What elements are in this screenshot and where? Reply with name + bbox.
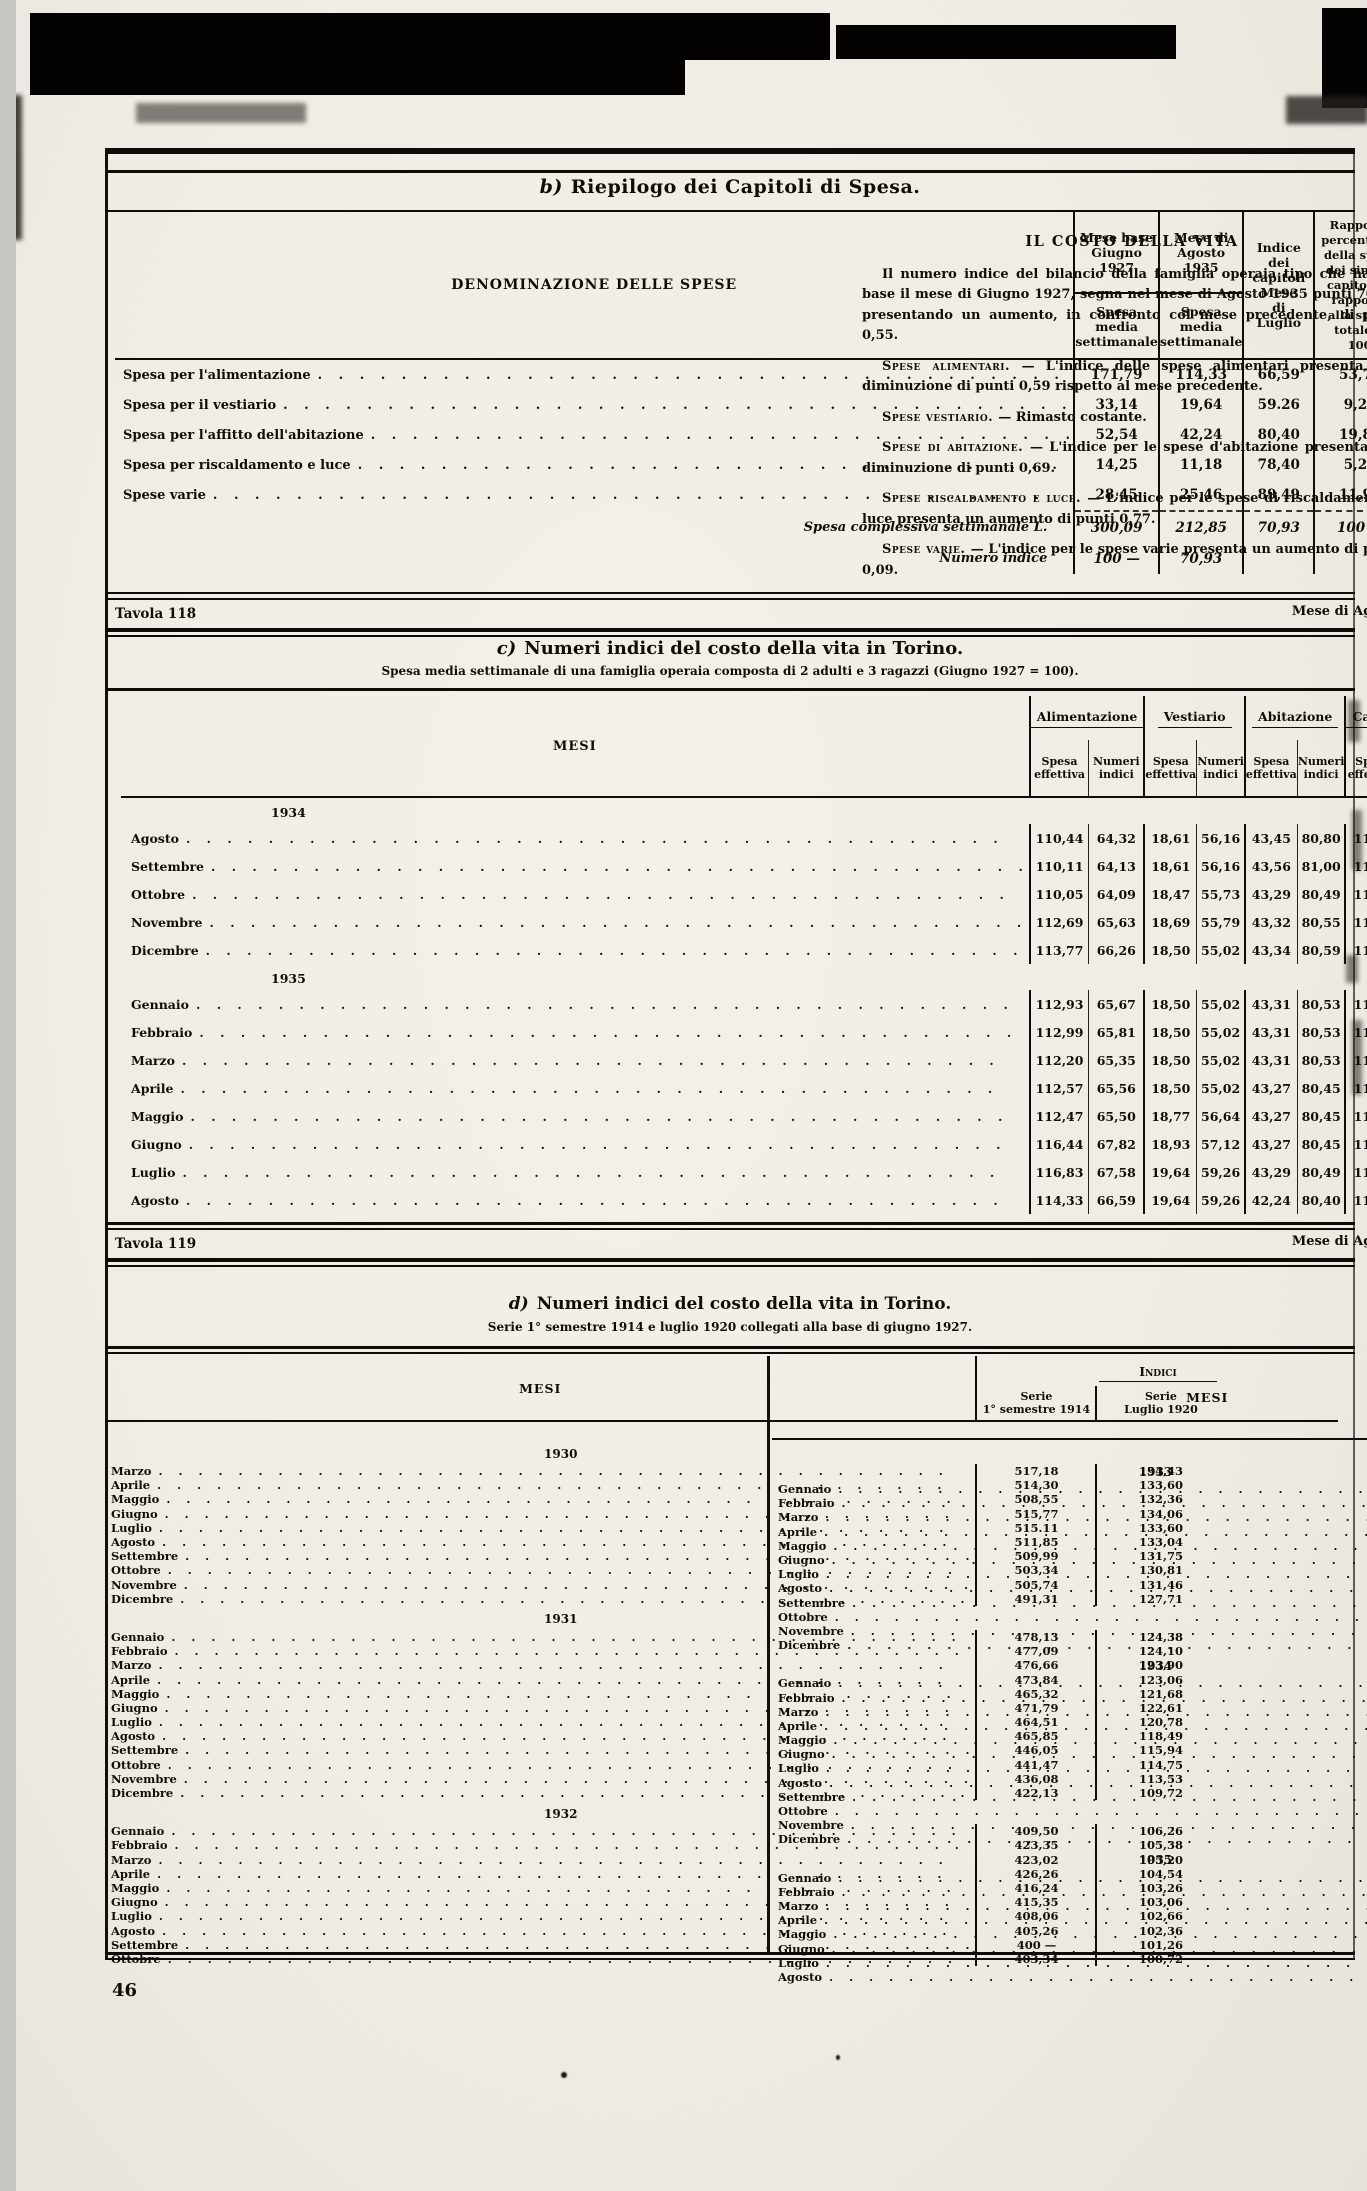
- article-paragraph-lead: Spese di abitazione.: [882, 440, 1030, 455]
- index-value: 81,00: [1297, 852, 1345, 880]
- section-c-top-rule: [105, 688, 1355, 691]
- dot-leader: . . . . . . . . . . . . . . . . . . . . …: [179, 1193, 1029, 1208]
- index-value: 112,57: [1030, 1074, 1089, 1102]
- index-value: 80,49: [1297, 880, 1345, 908]
- index-value: 116,83: [1030, 1158, 1089, 1186]
- index-value: 112,99: [1030, 1018, 1089, 1046]
- index-value: 80,45: [1297, 1130, 1345, 1158]
- series-data-row: Ottobre. . . . . . . . . . . . . . . . .…: [772, 1804, 1367, 1818]
- index-value: 110,11: [1030, 852, 1089, 880]
- index-value: 55,02: [1197, 936, 1245, 964]
- scanned-statistical-page: { "page": {"number": "46"}, "section_b":…: [0, 0, 1367, 2191]
- dot-leader: . . . . . . . . . . . . . . . . . . . . …: [828, 1804, 1367, 1818]
- dot-leader: . . . . . . . . . . . . . . . . . . . . …: [199, 943, 1029, 958]
- d-indici-header-row: MESIIndici: [772, 1356, 1367, 1386]
- month-label: Agosto: [111, 1924, 155, 1938]
- series-data-row: Luglio. . . . . . . . . . . . . . . . . …: [772, 1761, 1367, 1775]
- dot-leader: . . . . . . . . . . . . . . . . . . . . …: [189, 997, 1029, 1012]
- series-data-row: Gennaio. . . . . . . . . . . . . . . . .…: [772, 1871, 1367, 1885]
- index-value: 112,93: [1030, 990, 1089, 1018]
- month-label: Aprile: [778, 1913, 817, 1927]
- month-label: Novembre: [111, 1772, 177, 1786]
- series-data-row: Febbraio. . . . . . . . . . . . . . . . …: [772, 1690, 1367, 1704]
- index-data-row: Agosto. . . . . . . . . . . . . . . . . …: [121, 1186, 1367, 1214]
- index-value: 80,80: [1297, 824, 1345, 852]
- index-data-row: Settembre. . . . . . . . . . . . . . . .…: [121, 852, 1367, 880]
- index-data-row: Aprile. . . . . . . . . . . . . . . . . …: [121, 1074, 1367, 1102]
- month-label: Dicembre: [778, 1832, 840, 1846]
- article-intro: Il numero indice del bilancio della fami…: [862, 265, 1367, 347]
- index-value: 55,79: [1197, 908, 1245, 936]
- tavola-118-rule-thin: [105, 635, 1355, 637]
- month-label: Settembre: [111, 1743, 178, 1757]
- dot-leader: . . . . . . . . . . . . . . . . . . . . …: [185, 887, 1029, 902]
- index-data-row: Marzo. . . . . . . . . . . . . . . . . .…: [121, 1046, 1367, 1074]
- index-value: 65,63: [1089, 908, 1145, 936]
- year-label: 1930: [544, 1447, 577, 1461]
- series-data-row: Giugno. . . . . . . . . . . . . . . . . …: [772, 1747, 1367, 1761]
- index-value: 11,07: [1345, 1074, 1367, 1102]
- index-value: 18,50: [1144, 1074, 1196, 1102]
- index-value: 11,07: [1345, 936, 1367, 964]
- series-data-row: Febbraio. . . . . . . . . . . . . . . . …: [772, 1885, 1367, 1899]
- tavola-118-label: Tavola 118: [115, 606, 196, 622]
- section-c-title-prefix: c): [497, 638, 516, 659]
- month-label: Agosto: [131, 831, 179, 846]
- dot-leader: . . . . . . . . . . . . . . . . . . . . …: [826, 1733, 1367, 1747]
- month-label: Giugno: [131, 1137, 182, 1152]
- index-value: 80,59: [1297, 936, 1345, 964]
- month-label: Aprile: [778, 1525, 817, 1539]
- tavola-118-rule-heavy: [105, 628, 1355, 632]
- index-value: 65,67: [1089, 990, 1145, 1018]
- index-value: 43,29: [1245, 1158, 1297, 1186]
- dot-leader: . . . . . . . . . . . . . . . . . . . . …: [822, 1581, 1367, 1595]
- index-value: 67,58: [1089, 1158, 1145, 1186]
- dot-leader: . . . . . . . . . . . . . . . . . . . . …: [819, 1761, 1367, 1775]
- scan-content: b)Riepilogo dei Capitoli di Spesa. DENOM…: [16, 0, 1367, 2191]
- series-data-row: Febbraio. . . . . . . . . . . . . . . . …: [772, 1496, 1367, 1510]
- index-value: 43,27: [1245, 1074, 1297, 1102]
- index-value: 43,56: [1245, 852, 1297, 880]
- dot-leader: . . . . . . . . . . . . . . . . . . . . …: [831, 1482, 1367, 1496]
- section-d-top-rule-2: [105, 1352, 1355, 1354]
- index-value: 18,50: [1144, 1018, 1196, 1046]
- month-label: Dicembre: [778, 1638, 840, 1652]
- index-data-row: Febbraio. . . . . . . . . . . . . . . . …: [121, 1018, 1367, 1046]
- tavola-119-label: Tavola 119: [115, 1236, 196, 1252]
- series-data-row: Novembre. . . . . . . . . . . . . . . . …: [772, 1818, 1367, 1832]
- dot-leader: . . . . . . . . . . . . . . . . . . . . …: [845, 1596, 1367, 1610]
- month-label: Dicembre: [111, 1592, 173, 1606]
- index-value: 18,93: [1144, 1130, 1196, 1158]
- dot-leader: . . . . . . . . . . . . . . . . . . . . …: [825, 1553, 1367, 1567]
- index-value: 11,18: [1345, 852, 1367, 880]
- dot-leader: . . . . . . . . . . . . . . . . . . . . …: [844, 1624, 1367, 1638]
- index-value: 11,18: [1345, 1186, 1367, 1214]
- month-label: Marzo: [131, 1053, 175, 1068]
- index-value: 11,18: [1345, 908, 1367, 936]
- month-label: Gennaio: [778, 1871, 831, 1885]
- dot-leader: . . . . . . . . . . . . . . . . . . . . …: [834, 1885, 1367, 1899]
- series-data-row: Novembre. . . . . . . . . . . . . . . . …: [772, 1624, 1367, 1638]
- month-label: Giugno: [111, 1895, 158, 1909]
- index-value: 67,82: [1089, 1130, 1145, 1158]
- index-value: 65,56: [1089, 1074, 1145, 1102]
- month-label: Giugno: [111, 1701, 158, 1715]
- series-data-row: Dicembre. . . . . . . . . . . . . . . . …: [772, 1638, 1367, 1652]
- month-label: Settembre: [778, 1790, 845, 1804]
- index-value: 11,18: [1345, 880, 1367, 908]
- section-b-title: b)Riepilogo dei Capitoli di Spesa.: [105, 176, 1355, 198]
- month-label: Agosto: [111, 1535, 155, 1549]
- index-value: 43,31: [1245, 1018, 1297, 1046]
- index-value: 11,07: [1345, 1130, 1367, 1158]
- index-value: 43,29: [1245, 880, 1297, 908]
- month-label: Aprile: [111, 1867, 150, 1881]
- series-data-row: Aprile. . . . . . . . . . . . . . . . . …: [772, 1719, 1367, 1733]
- dot-leader: . . . . . . . . . . . . . . . . . . . . …: [831, 1871, 1367, 1885]
- index-value: 59,26: [1197, 1158, 1245, 1186]
- page-number: 46: [112, 1980, 137, 2001]
- month-label: Gennaio: [778, 1482, 831, 1496]
- group-header: Vestiario: [1144, 696, 1245, 740]
- index-value: 11,07: [1345, 1046, 1367, 1074]
- index-value: 11,07: [1345, 1018, 1367, 1046]
- month-label: Maggio: [778, 1539, 826, 1553]
- article-paragraph: Spese riscaldamento e luce. — L'indice p…: [862, 489, 1367, 530]
- index-value: 19,64: [1144, 1158, 1196, 1186]
- series-data-row: Settembre. . . . . . . . . . . . . . . .…: [772, 1790, 1367, 1804]
- month-label: Giugno: [778, 1553, 825, 1567]
- section-c-bottom-rule-2: [105, 1228, 1355, 1230]
- index-value: 64,09: [1089, 880, 1145, 908]
- month-label: Aprile: [131, 1081, 173, 1096]
- group-header: Abitazione: [1245, 696, 1346, 740]
- section-d-top-rule-1: [105, 1346, 1355, 1349]
- section-d-subtitle: Serie 1° semestre 1914 e luglio 1920 col…: [105, 1320, 1355, 1334]
- index-value: 43,45: [1245, 824, 1297, 852]
- dot-leader: . . . . . . . . . . . . . . . . . . . . …: [182, 1137, 1029, 1152]
- index-value: 11,07: [1345, 1102, 1367, 1130]
- spese-row-label: Spese varie: [123, 488, 206, 503]
- month-label: Luglio: [111, 1909, 152, 1923]
- index-value: 19,64: [1144, 1186, 1196, 1214]
- year-label: 1935: [1139, 1853, 1172, 1867]
- month-label: Novembre: [778, 1624, 844, 1638]
- dot-leader: . . . . . . . . . . . . . . . . . . . . …: [817, 1719, 1367, 1733]
- index-value: 43,32: [1245, 908, 1297, 936]
- month-label: Febbraio: [131, 1025, 192, 1040]
- tavola-119-rule-thin: [105, 1265, 1355, 1267]
- dot-leader: . . . . . . . . . . . . . . . . . . . . …: [826, 1927, 1367, 1941]
- index-value: 18,77: [1144, 1102, 1196, 1130]
- index-value: 66,59: [1089, 1186, 1145, 1214]
- month-label: Marzo: [778, 1510, 818, 1524]
- index-value: 80,49: [1297, 1158, 1345, 1186]
- section-d-bottom-rule-2: [105, 1958, 1355, 1960]
- dot-leader: . . . . . . . . . . . . . . . . . . . . …: [179, 831, 1029, 846]
- article-paragraph-lead: Spese vestiario.: [882, 410, 998, 425]
- index-value: 65,50: [1089, 1102, 1145, 1130]
- year-label-row: 1934: [772, 1652, 1367, 1676]
- month-label: Agosto: [778, 1581, 822, 1595]
- dot-leader: . . . . . . . . . . . . . . . . . . . . …: [840, 1638, 1367, 1652]
- month-label: Agosto: [111, 1729, 155, 1743]
- month-label: Aprile: [111, 1478, 150, 1492]
- series-data-row: Ottobre. . . . . . . . . . . . . . . . .…: [772, 1610, 1367, 1624]
- month-label: Luglio: [111, 1521, 152, 1535]
- year-label-row: 1934: [121, 797, 1367, 824]
- month-label: Luglio: [778, 1761, 819, 1775]
- series-data-row: Aprile. . . . . . . . . . . . . . . . . …: [772, 1913, 1367, 1927]
- section-d-title-text: Numeri indici del costo della vita in To…: [537, 1294, 952, 1314]
- dot-leader: . . . . . . . . . . . . . . . . . . . . …: [818, 1899, 1367, 1913]
- section-d-title-prefix: d): [509, 1294, 529, 1314]
- scan-artifact-bar: [30, 50, 685, 95]
- index-value: 65,81: [1089, 1018, 1145, 1046]
- index-value: 80,55: [1297, 908, 1345, 936]
- index-value: 43,31: [1245, 990, 1297, 1018]
- scan-smudge: [1286, 96, 1367, 124]
- index-value: 18,69: [1144, 908, 1196, 936]
- dot-leader: . . . . . . . . . . . . . . . . . . . . …: [828, 1610, 1367, 1624]
- index-value: 113,77: [1030, 936, 1089, 964]
- frame-rule-top-thin: [105, 170, 1355, 173]
- group-header: Calore e luce: [1345, 696, 1367, 740]
- dot-leader: . . . . . . . . . . . . . . . . . . . . …: [831, 1676, 1367, 1690]
- scan-smudge: [16, 95, 22, 240]
- subcol-spesa-effettiva: Spesaeffettiva: [1030, 740, 1089, 797]
- index-value: 80,53: [1297, 1018, 1345, 1046]
- series-index-table-right: MESIIndiciSerie1° semestre 1914SerieLugl…: [772, 1356, 1367, 1984]
- year-label: 1935: [271, 971, 306, 986]
- month-label: Febbraio: [778, 1885, 834, 1899]
- month-label: Marzo: [111, 1658, 151, 1672]
- month-label: Novembre: [111, 1578, 177, 1592]
- index-value: 11,18: [1345, 824, 1367, 852]
- month-label: Febbraio: [111, 1838, 167, 1852]
- index-data-row: Agosto. . . . . . . . . . . . . . . . . …: [121, 824, 1367, 852]
- spese-row-label: Spesa per l'affitto dell'abitazione: [123, 428, 364, 443]
- dot-leader: . . . . . . . . . . . . . . . . . . . . …: [822, 1776, 1367, 1790]
- article-paragraph: Spese di abitazione. — L'indice per le s…: [862, 438, 1367, 479]
- dot-leader: . . . . . . . . . . . . . . . . . . . . …: [826, 1539, 1367, 1553]
- series-data-row: Marzo. . . . . . . . . . . . . . . . . .…: [772, 1899, 1367, 1913]
- group-header-label: Vestiario: [1158, 709, 1232, 728]
- article-paragraph-text: — Rimasto costante.: [998, 410, 1147, 425]
- subcol-numeri-indici: Numeriindici: [1197, 740, 1245, 797]
- article-paragraph: Spese vestiario. — Rimasto costante.: [862, 408, 1367, 429]
- year-label: 1933: [1139, 1465, 1172, 1479]
- month-label: Maggio: [131, 1109, 184, 1124]
- section-b-bottom-rule-1: [105, 592, 1355, 594]
- index-value: 56,16: [1197, 824, 1245, 852]
- dot-leader: . . . . . . . . . . . . . . . . . . . . …: [184, 1109, 1029, 1124]
- index-value: 11,13: [1345, 990, 1367, 1018]
- index-value: 55,73: [1197, 880, 1245, 908]
- section-d-bottom-rule-1: [105, 1952, 1355, 1955]
- index-value: 80,45: [1297, 1074, 1345, 1102]
- index-value: 116,44: [1030, 1130, 1089, 1158]
- tavola-119-rule-heavy: [105, 1258, 1355, 1262]
- spese-row-label: Spesa per riscaldamento e luce: [123, 458, 351, 473]
- index-value: 43,27: [1245, 1130, 1297, 1158]
- c-group-header-row: MESIAlimentazioneVestiarioAbitazioneCalo…: [121, 696, 1367, 740]
- year-label: 1934: [271, 805, 306, 820]
- index-value: 66,26: [1089, 936, 1145, 964]
- index-value: 18,50: [1144, 990, 1196, 1018]
- index-value: 18,47: [1144, 880, 1196, 908]
- series-data-row: Maggio. . . . . . . . . . . . . . . . . …: [772, 1927, 1367, 1941]
- group-header-label: Calore e luce: [1346, 709, 1367, 728]
- index-value: 43,31: [1245, 1046, 1297, 1074]
- index-value: 65,35: [1089, 1046, 1145, 1074]
- frame-rule-top-heavy: [105, 148, 1355, 154]
- month-label: Aprile: [111, 1673, 150, 1687]
- index-value: 59,26: [1197, 1186, 1245, 1214]
- dot-leader: . . . . . . . . . . . . . . . . . . . . …: [173, 1081, 1028, 1096]
- subcol-spesa-effettiva: Spesaeffettiva: [1345, 740, 1367, 797]
- year-label: 1934: [1139, 1659, 1172, 1673]
- index-value: 55,02: [1197, 990, 1245, 1018]
- section-c-title-text: Numeri indici del costo della vita in To…: [524, 638, 963, 659]
- series-data-row: Agosto. . . . . . . . . . . . . . . . . …: [772, 1776, 1367, 1790]
- section-b-title-prefix: b): [540, 176, 563, 198]
- index-value: 56,16: [1197, 852, 1245, 880]
- subcol-numeri-indici: Numeriindici: [1297, 740, 1345, 797]
- month-label: Aprile: [778, 1719, 817, 1733]
- index-value: 112,20: [1030, 1046, 1089, 1074]
- month-label: Marzo: [111, 1853, 151, 1867]
- index-value: 18,50: [1144, 936, 1196, 964]
- month-label: Maggio: [111, 1881, 159, 1895]
- index-value: 18,50: [1144, 1046, 1196, 1074]
- month-label: Luglio: [111, 1715, 152, 1729]
- tavola-119-right-label: Mese di Ago: [1292, 1234, 1367, 1249]
- index-data-row: Dicembre. . . . . . . . . . . . . . . . …: [121, 936, 1367, 964]
- index-value: 56,64: [1197, 1102, 1245, 1130]
- subcol-spesa-effettiva: Spesaeffettiva: [1144, 740, 1196, 797]
- month-label: Ottobre: [131, 887, 185, 902]
- scan-artifact-bar: [836, 25, 1176, 59]
- index-value: 80,45: [1297, 1102, 1345, 1130]
- index-data-row: Gennaio. . . . . . . . . . . . . . . . .…: [121, 990, 1367, 1018]
- month-label: Gennaio: [131, 997, 189, 1012]
- month-label: Settembre: [111, 1549, 178, 1563]
- index-value: 80,40: [1297, 1186, 1345, 1214]
- month-label: Febbraio: [778, 1691, 834, 1705]
- dot-leader: . . . . . . . . . . . . . . . . . . . . …: [817, 1525, 1367, 1539]
- index-value: 43,34: [1245, 936, 1297, 964]
- dot-leader: . . . . . . . . . . . . . . . . . . . . …: [202, 915, 1028, 930]
- month-label: Giugno: [778, 1747, 825, 1761]
- dot-leader: . . . . . . . . . . . . . . . . . . . . …: [834, 1496, 1367, 1510]
- spese-row-label: Spesa per l'alimentazione: [123, 368, 311, 383]
- cost-of-living-article: IL COSTO DELLA VITA Il numero indice del…: [862, 232, 1367, 591]
- paper-sheet: b)Riepilogo dei Capitoli di Spesa. DENOM…: [16, 0, 1367, 2191]
- series-data-row: Agosto. . . . . . . . . . . . . . . . . …: [772, 1581, 1367, 1595]
- tavola-118-right-label: Mese di Ago: [1292, 604, 1367, 619]
- section-c-subtitle: Spesa media settimanale di una famiglia …: [105, 664, 1355, 678]
- scan-artifact-bar: [1322, 8, 1367, 108]
- month-label: Luglio: [778, 1567, 819, 1581]
- series-data-row: Gennaio. . . . . . . . . . . . . . . . .…: [772, 1676, 1367, 1690]
- dot-leader: . . . . . . . . . . . . . . . . . . . . …: [834, 1691, 1367, 1705]
- section-b-bottom-rule-2: [105, 598, 1355, 600]
- index-value: 18,61: [1144, 824, 1196, 852]
- month-label: Agosto: [778, 1970, 822, 1984]
- spese-row-label: Spesa per il vestiario: [123, 398, 276, 413]
- subcol-spesa-effettiva: Spesaeffettiva: [1245, 740, 1297, 797]
- dot-leader: . . . . . . . . . . . . . . . . . . . . …: [204, 859, 1029, 874]
- d-pad-row: [772, 1439, 1367, 1458]
- article-paragraph: Spese alimentari. — L'indice delle spese…: [862, 357, 1367, 398]
- series-data-row: Marzo. . . . . . . . . . . . . . . . . .…: [772, 1705, 1367, 1719]
- index-data-row: Maggio. . . . . . . . . . . . . . . . . …: [121, 1102, 1367, 1130]
- month-label: Ottobre: [778, 1610, 828, 1624]
- index-value: 55,02: [1197, 1018, 1245, 1046]
- section-b-title-text: Riepilogo dei Capitoli di Spesa.: [571, 176, 921, 198]
- series-data-row: Luglio. . . . . . . . . . . . . . . . . …: [772, 1567, 1367, 1581]
- dot-leader: . . . . . . . . . . . . . . . . . . . . …: [822, 1970, 1367, 1984]
- year-label-row: 1935: [772, 1847, 1367, 1871]
- index-value: 18,61: [1144, 852, 1196, 880]
- month-label: Agosto: [131, 1193, 179, 1208]
- article-paragraph-lead: Spese riscaldamento e luce.: [882, 491, 1087, 506]
- article-paragraph: Spese varie. — L'indice per le spese var…: [862, 540, 1367, 581]
- index-value: 64,32: [1089, 824, 1145, 852]
- index-value: 114,33: [1030, 1186, 1089, 1214]
- index-data-row: Luglio. . . . . . . . . . . . . . . . . …: [121, 1158, 1367, 1186]
- subcol-numeri-indici: Numeriindici: [1089, 740, 1145, 797]
- series-data-row: Maggio. . . . . . . . . . . . . . . . . …: [772, 1539, 1367, 1553]
- month-label: Settembre: [778, 1596, 845, 1610]
- index-value: 55,02: [1197, 1046, 1245, 1074]
- series-data-row: Giugno. . . . . . . . . . . . . . . . . …: [772, 1553, 1367, 1567]
- month-label: Ottobre: [778, 1804, 828, 1818]
- month-label: Ottobre: [111, 1758, 161, 1772]
- month-label: Maggio: [778, 1733, 826, 1747]
- series-data-row: Dicembre. . . . . . . . . . . . . . . . …: [772, 1832, 1367, 1846]
- dot-leader: . . . . . . . . . . . . . . . . . . . . …: [175, 1165, 1028, 1180]
- index-value: 42,24: [1245, 1186, 1297, 1214]
- article-paragraph-lead: Spese alimentari.: [882, 359, 1022, 374]
- mesi-column-header: MESI: [772, 1356, 1367, 1439]
- index-value: 43,27: [1245, 1102, 1297, 1130]
- series-data-row: Gennaio. . . . . . . . . . . . . . . . .…: [772, 1482, 1367, 1496]
- section-d-title: d)Numeri indici del costo della vita in …: [105, 1294, 1355, 1314]
- dot-leader: . . . . . . . . . . . . . . . . . . . . …: [818, 1510, 1367, 1524]
- group-header: Alimentazione: [1030, 696, 1145, 740]
- section-c-bottom-rule-1: [105, 1222, 1355, 1225]
- index-value: 55,02: [1197, 1074, 1245, 1102]
- index-value: 112,69: [1030, 908, 1089, 936]
- month-label: Novembre: [778, 1818, 844, 1832]
- index-value: 57,12: [1197, 1130, 1245, 1158]
- month-label: Ottobre: [111, 1563, 161, 1577]
- month-label: Gennaio: [111, 1630, 164, 1644]
- section-d-center-divider: [767, 1356, 770, 1952]
- section-c-title: c)Numeri indici del costo della vita in …: [105, 638, 1355, 659]
- index-value: 80,53: [1297, 990, 1345, 1018]
- dot-leader: . . . . . . . . . . . . . . . . . . . . …: [819, 1567, 1367, 1581]
- month-label: Dicembre: [111, 1786, 173, 1800]
- scan-smudge: [136, 103, 306, 123]
- month-label: Gennaio: [778, 1676, 831, 1690]
- index-value: 80,53: [1297, 1046, 1345, 1074]
- year-label-row: 1933: [772, 1458, 1367, 1482]
